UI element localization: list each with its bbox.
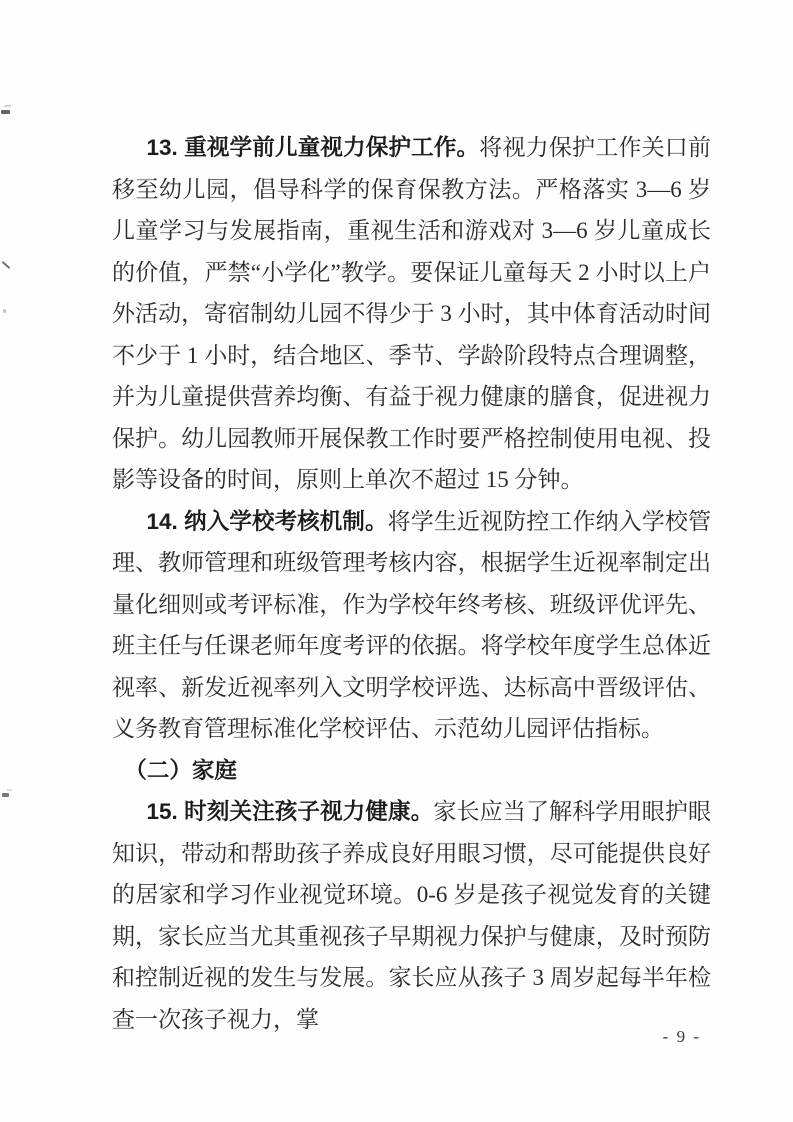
scan-artifact xyxy=(1,110,10,114)
paragraph-14: 14. 纳入学校考核机制。将学生近视防控工作纳入学校管理、教师管理和班级管理考核… xyxy=(112,501,711,750)
paragraph-13: 13. 重视学前儿童视力保护工作。将视力保护工作关口前移至幼儿园，倡导科学的保育… xyxy=(112,127,711,501)
paragraph-15-text: 家长应当了解科学用眼护眼知识，带动和帮助孩子养成良好用眼习惯，尽可能提供良好的居… xyxy=(112,799,711,1032)
scan-artifact xyxy=(3,309,6,313)
paragraph-13-heading: 13. 重视学前儿童视力保护工作。 xyxy=(147,135,480,160)
paragraph-15-heading: 15. 时刻关注孩子视力健康。 xyxy=(147,799,434,824)
scan-artifact xyxy=(2,793,9,797)
page-number: - 9 - xyxy=(663,1027,701,1047)
document-body: 13. 重视学前儿童视力保护工作。将视力保护工作关口前移至幼儿园，倡导科学的保育… xyxy=(112,127,711,1040)
paragraph-14-text: 将学生近视防控工作纳入学校管理、教师管理和班级管理考核内容，根据学生近视率制定出… xyxy=(112,509,711,742)
section-heading-family: （二）家庭 xyxy=(112,750,711,792)
paragraph-13-text: 将视力保护工作关口前移至幼儿园，倡导科学的保育保教方法。严格落实 3—6 岁儿童… xyxy=(112,135,711,492)
scan-artifact xyxy=(2,261,11,269)
paragraph-15: 15. 时刻关注孩子视力健康。家长应当了解科学用眼护眼知识，带动和帮助孩子养成良… xyxy=(112,791,711,1040)
paragraph-14-heading: 14. 纳入学校考核机制。 xyxy=(147,509,388,534)
scanned-document-page: 13. 重视学前儿童视力保护工作。将视力保护工作关口前移至幼儿园，倡导科学的保育… xyxy=(0,0,793,1122)
